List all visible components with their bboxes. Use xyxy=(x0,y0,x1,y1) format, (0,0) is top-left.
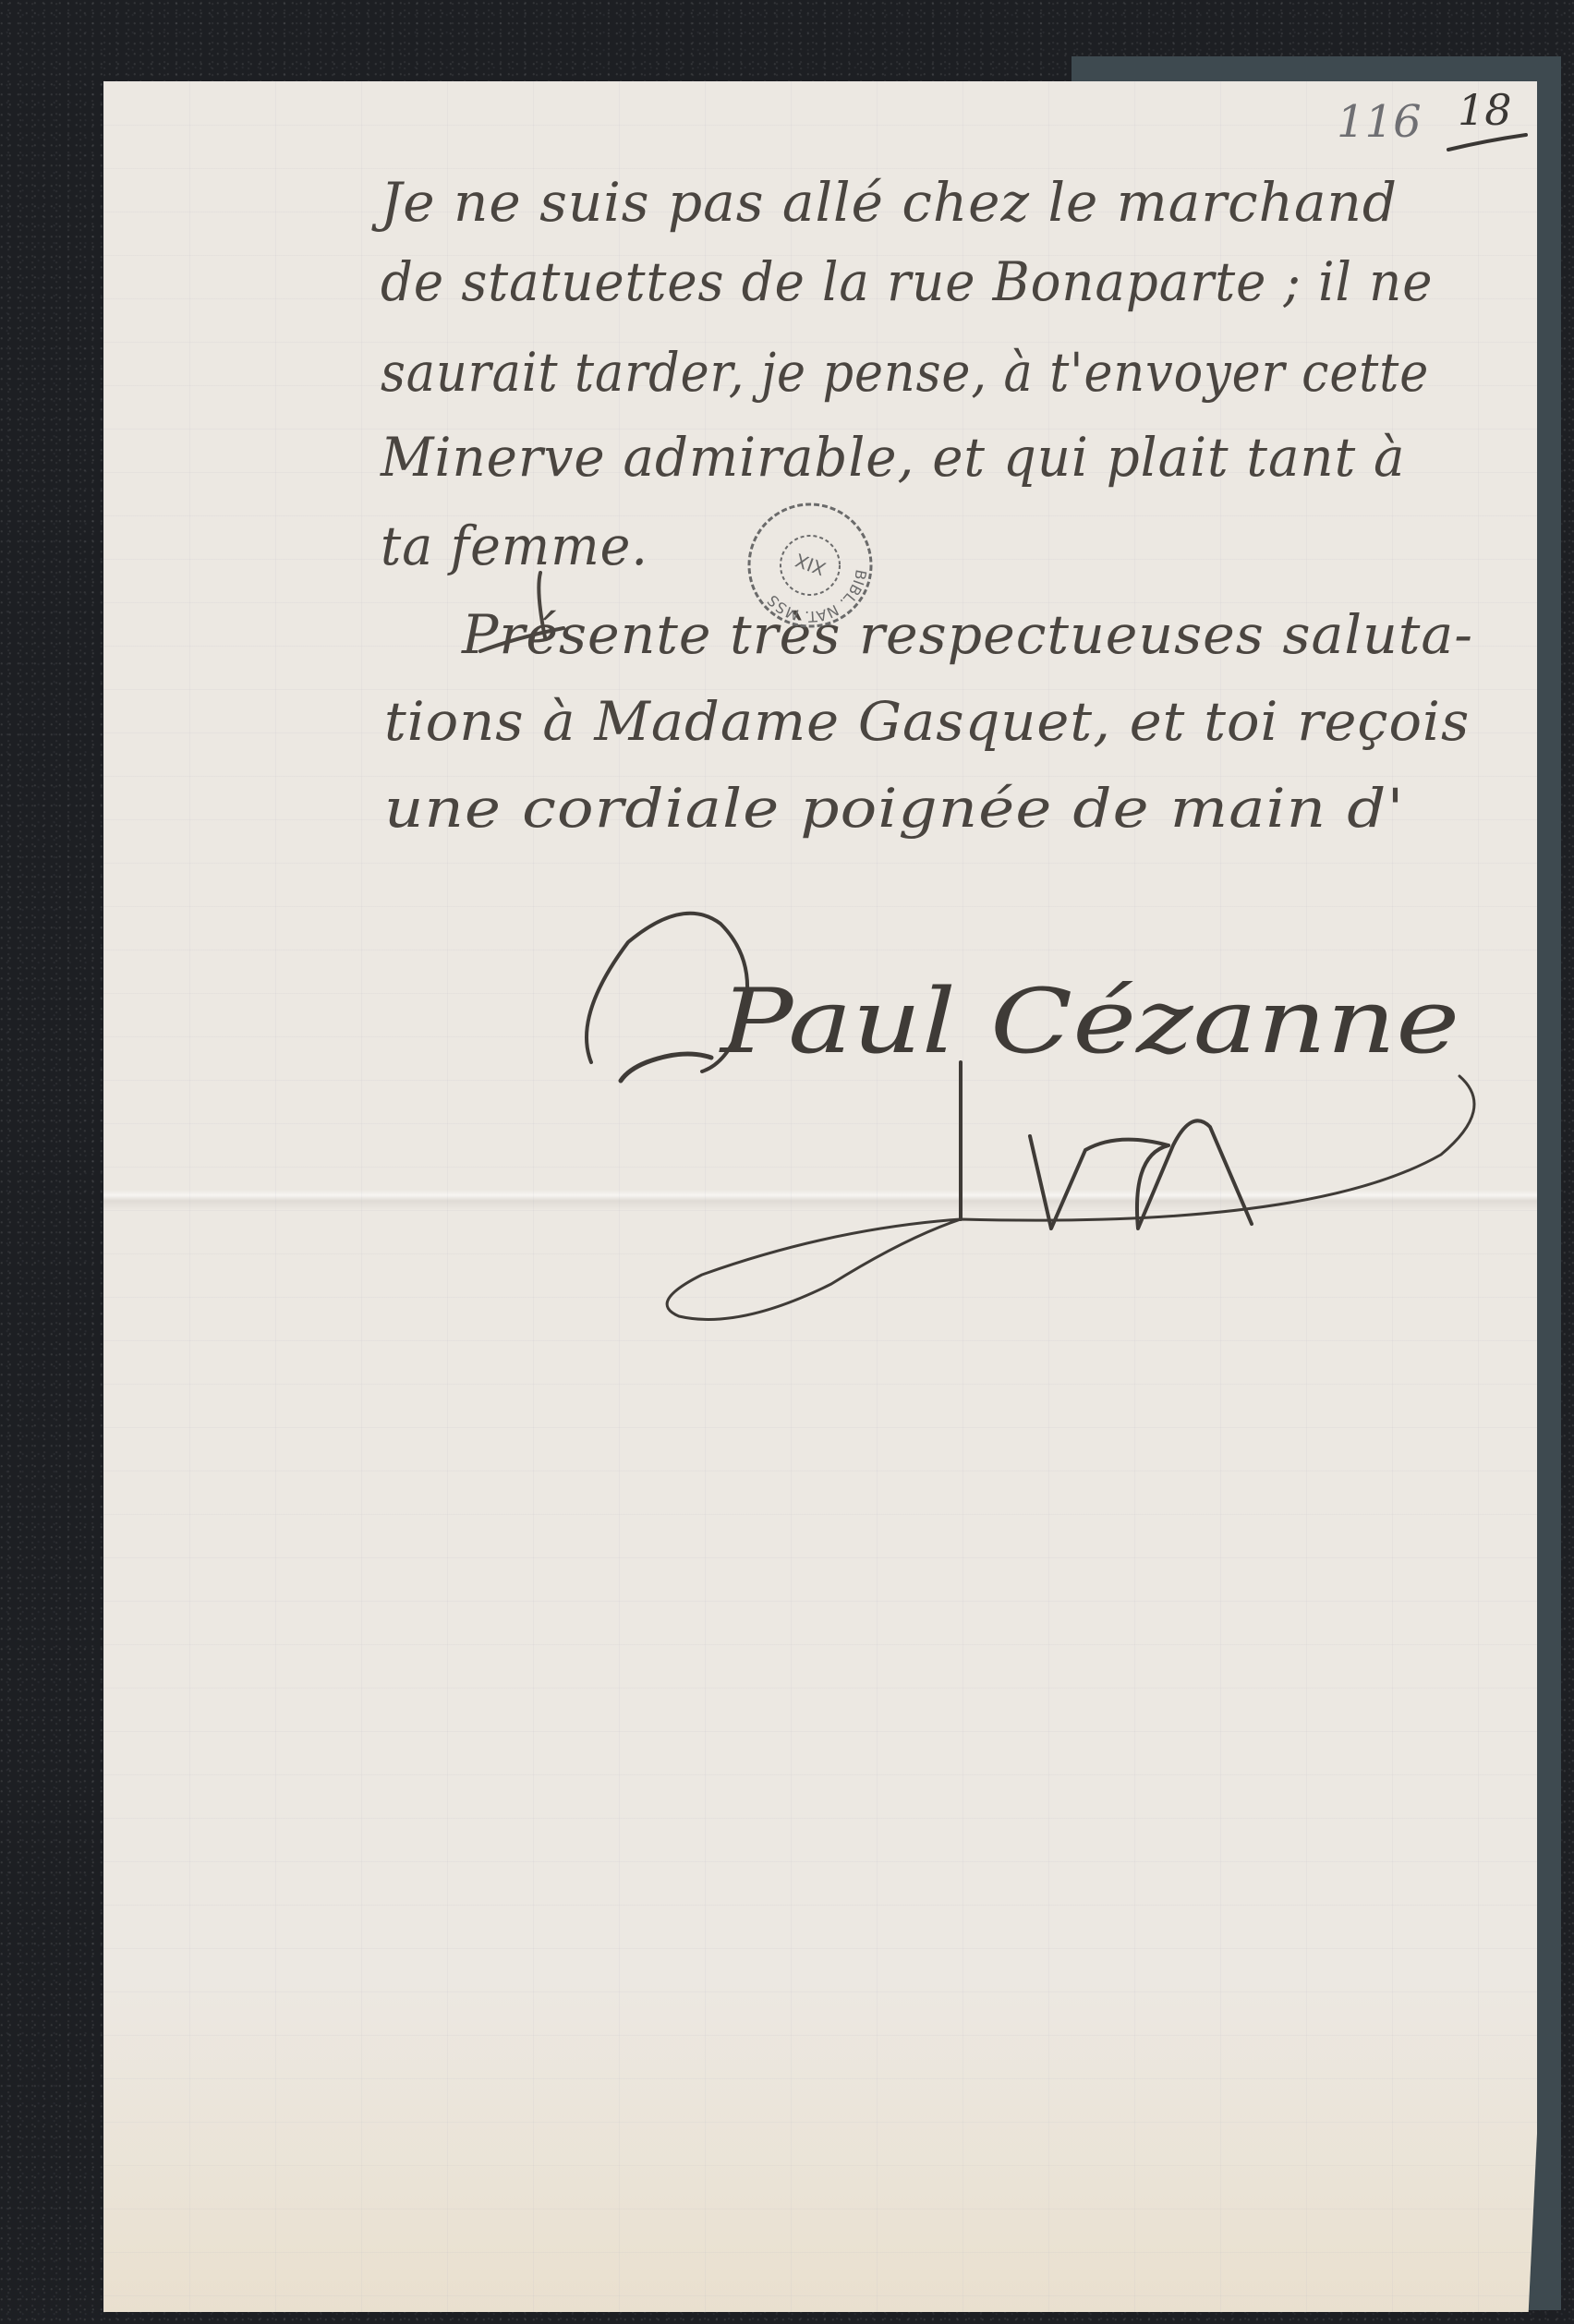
signature-paraph-strokes xyxy=(961,1062,1252,1229)
folio-underline xyxy=(1448,135,1526,150)
signature-p-foot xyxy=(621,1054,711,1081)
library-stamp-icon: XIX BIBL. NAT. MSS xyxy=(749,504,878,634)
signature-p-loop xyxy=(587,914,747,1071)
signature-paraph-loop xyxy=(667,1076,1474,1319)
stamp-inner-text: XIX xyxy=(792,549,829,580)
ink-overlay: XIX BIBL. NAT. MSS xyxy=(0,0,1574,2324)
p-flourish-stroke xyxy=(480,573,563,651)
